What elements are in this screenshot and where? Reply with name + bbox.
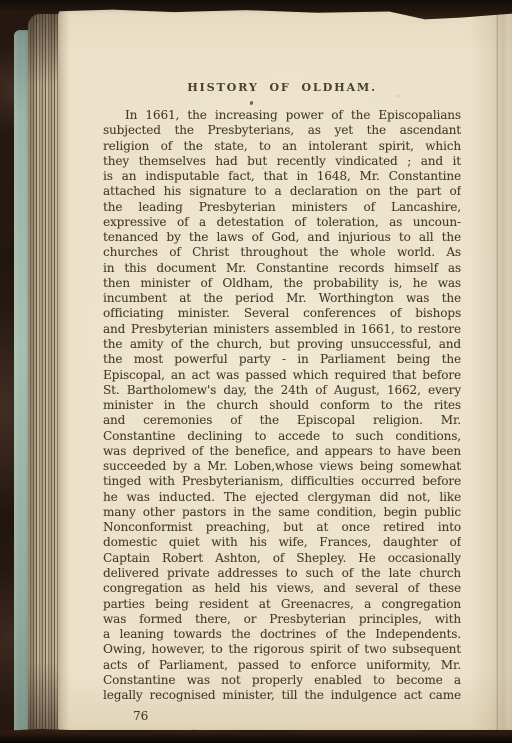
text-line: religion of the state, to an intolerant … <box>103 139 461 154</box>
text-line: succeeded by a Mr. Loben,whose views bei… <box>103 459 461 474</box>
text-line: was deprived of the benefice, and appear… <box>103 444 461 459</box>
text-line: legally recognised minister, till the in… <box>103 688 461 703</box>
text-line: officiating minister. Several conference… <box>103 306 461 321</box>
body-text: In 1661, the increasing power of the Epi… <box>103 108 461 703</box>
text-line: Episcopal, an act was passed which requi… <box>103 368 461 383</box>
text-line: delivered private addresses to such of t… <box>103 566 461 581</box>
page-edge-shadow <box>58 8 70 730</box>
text-line: churches of Christ throughout the whole … <box>103 245 461 260</box>
text-line: is an indisputable fact, that in 1648, M… <box>103 169 461 184</box>
text-line: acts of Parliament, passed to enforce un… <box>103 658 461 673</box>
book-page: HISTORY OF OLDHAM. In 1661, the increasi… <box>58 8 512 730</box>
body-text-block: In 1661, the increasing power of the Epi… <box>103 108 461 723</box>
running-header: HISTORY OF OLDHAM. <box>103 80 461 94</box>
text-line: Constantine declining to accede to such … <box>103 429 461 444</box>
text-line: and Presbyterian ministers assembled in … <box>103 322 461 337</box>
text-line: incumbent at the period Mr. Worthington … <box>103 291 461 306</box>
text-line: and ceremonies of the Episcopal religion… <box>103 413 461 428</box>
text-line: Captain Robert Ashton, of Shepley. He oc… <box>103 551 461 566</box>
text-line: expressive of a detestation of toleratio… <box>103 215 461 230</box>
text-line: Nonconformist preaching, but at once ret… <box>103 520 461 535</box>
text-line: they themselves had but recently vindica… <box>103 154 461 169</box>
scanned-book-photo: HISTORY OF OLDHAM. In 1661, the increasi… <box>0 0 512 743</box>
ink-speck <box>249 101 253 106</box>
text-line: congregation as held his views, and seve… <box>103 581 461 596</box>
text-line: parties being resident at Greenacres, a … <box>103 597 461 612</box>
text-line: In 1661, the increasing power of the Epi… <box>103 108 461 123</box>
text-line: he was inducted. The ejected clergyman d… <box>103 490 461 505</box>
text-line: domestic quiet with his wife, Frances, d… <box>103 535 461 550</box>
page-number: 76 <box>103 709 461 723</box>
text-line: Constantine was not properly enabled to … <box>103 673 461 688</box>
text-line: was formed there, or Presbyterian princi… <box>103 612 461 627</box>
text-line: the most powerful party - in Parliament … <box>103 352 461 367</box>
text-line: a leaning towards the doctrines of the I… <box>103 627 461 642</box>
text-line: many other pastors in the same condition… <box>103 505 461 520</box>
text-line: St. Bartholomew's day, the 24th of Augus… <box>103 383 461 398</box>
page-crease <box>496 8 499 730</box>
text-line: in this document Mr. Constantine records… <box>103 261 461 276</box>
text-line: subjected the Presbyterians, as yet the … <box>103 123 461 138</box>
text-line: tinged with Presbyterianism, difficultie… <box>103 474 461 489</box>
gutter-shadow <box>470 8 512 730</box>
text-line: minister in the church should conform to… <box>103 398 461 413</box>
text-line: the leading Presbyterian ministers of La… <box>103 200 461 215</box>
text-line: tenanced by the laws of God, and injurio… <box>103 230 461 245</box>
text-line: attached his signature to a declaration … <box>103 184 461 199</box>
text-line: the amity of the church, but proving uns… <box>103 337 461 352</box>
text-line: Owing, however, to the rigorous spirit o… <box>103 642 461 657</box>
text-line: then minister of Oldham, the probability… <box>103 276 461 291</box>
